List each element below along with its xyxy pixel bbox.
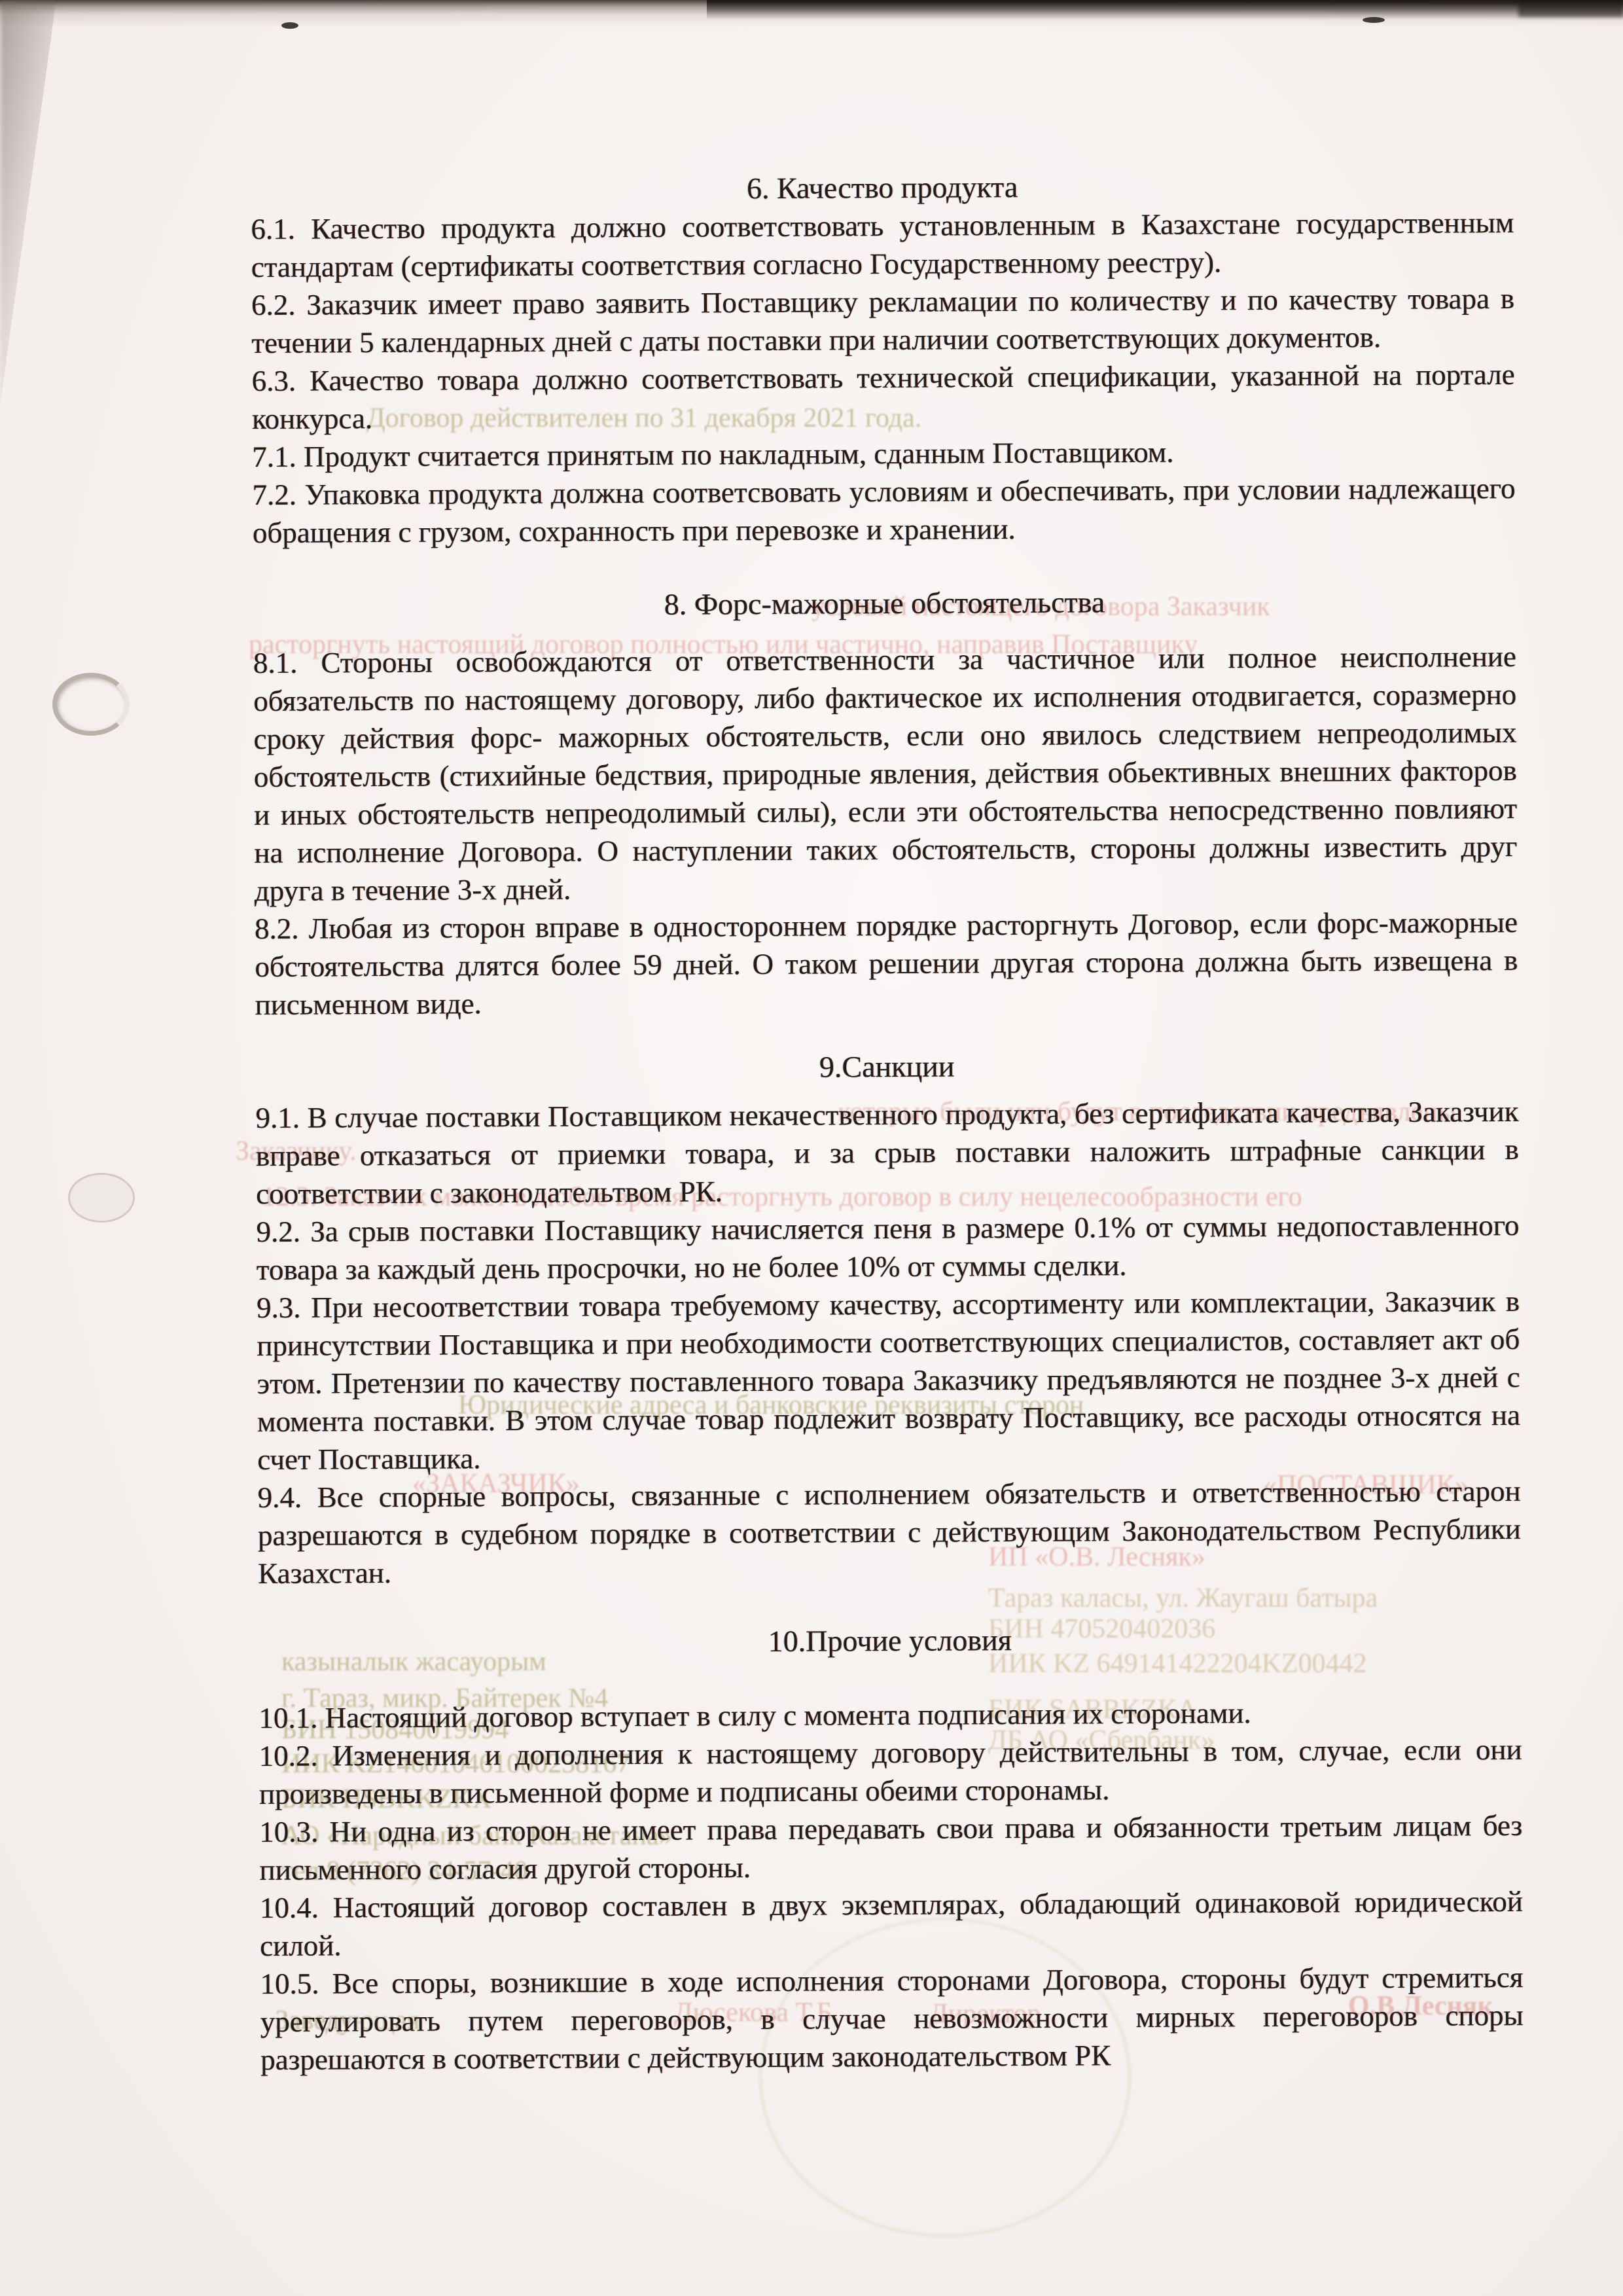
scan-speck (281, 22, 298, 29)
paragraph-9-4: 9.4. Все спорные вопросы, связанные с ис… (257, 1472, 1521, 1592)
paragraph-9-3: 9.3. При несоответствии товара требуемом… (257, 1282, 1520, 1479)
punch-hole (52, 673, 130, 736)
scan-left-corner-shadow (0, 0, 56, 406)
paragraph-10-1: 10.1. Настоящий договор вступает в силу … (259, 1693, 1522, 1737)
section-6-heading: 6. Качество продукта (251, 166, 1514, 210)
scan-top-edge-dark-strip (707, 0, 1623, 20)
section-10-heading: 10.Прочие условия (259, 1619, 1522, 1663)
punch-hole (68, 1173, 135, 1223)
paragraph-10-4: 10.4. Настоящий договор составлен в двух… (260, 1882, 1524, 1965)
paragraph-10-3: 10.3. Ни одна из сторон не имеет права п… (259, 1806, 1523, 1889)
section-9-heading: 9.Санкции (255, 1045, 1518, 1089)
paragraph-10-5: 10.5. Все споры, возникшие в ходе исполн… (260, 1958, 1524, 2079)
paragraph-9-1: 9.1. В случае поставки Поставщиком некач… (255, 1092, 1519, 1213)
scan-right-corner-shadow (1518, 0, 1623, 17)
paragraph-6-1: 6.1. Качество продукта должно соответств… (251, 204, 1514, 286)
paragraph-8-1: 8.1. Стороны освобождаются от ответствен… (253, 637, 1518, 910)
paragraph-7-1: 7.1. Продукт считается принятым по накла… (252, 431, 1515, 476)
paragraph-7-2: 7.2. Упаковка продукта должна соответсво… (252, 469, 1516, 552)
paragraph-8-2: 8.2. Любая из сторон вправе в односторон… (255, 903, 1518, 1024)
scan-speck (1363, 17, 1385, 23)
contract-text: 6. Качество продукта 6.1. Качество проду… (251, 166, 1524, 2079)
paragraph-6-2: 6.2. Заказчик имеет право заявить Постав… (251, 279, 1515, 362)
paragraph-10-2: 10.2. Изменения и дополнения к настоящем… (259, 1731, 1523, 1813)
paragraph-6-3: 6.3. Качество товара должно соответствов… (252, 355, 1516, 438)
scanned-contract-page: Договор действителен по 31 декабря 2021 … (0, 0, 1623, 2296)
paragraph-9-2: 9.2. За срыв поставки Поставщику начисля… (256, 1206, 1520, 1289)
section-8-heading: 8. Форс-мажорные обстоятельства (253, 581, 1516, 626)
